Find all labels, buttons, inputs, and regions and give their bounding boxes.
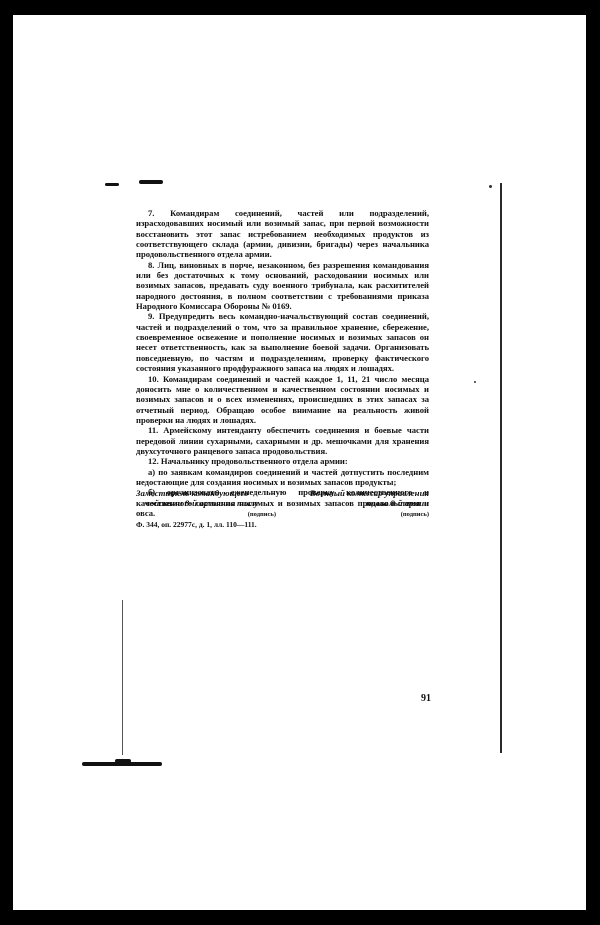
paragraph-9: 9. Предупредить весь командно-начальству… (136, 311, 429, 373)
scan-mark-bottom-left-bump (115, 759, 131, 763)
archive-reference: Ф. 344, оп. 22977с, д. 1, лл. 110—111. (136, 520, 257, 529)
scan-mark-top-left (139, 180, 163, 184)
signature-right-title-line1: Военный комиссар управления (310, 488, 429, 498)
scan-border-right (500, 183, 502, 753)
signature-left-note: (подпись) (136, 510, 276, 520)
paragraph-12a: а) по заявкам командиров соединений и ча… (136, 467, 429, 488)
signature-right-note: (подпись) (294, 510, 429, 520)
scan-border-left (122, 600, 123, 755)
signature-left-title-line1: Заместитель командующего (136, 488, 248, 498)
signature-left-title-line2: войсками 8-й армии по тылу (136, 498, 276, 508)
paragraph-11: 11. Армейскому интенданту обеспечить сое… (136, 425, 429, 456)
paragraph-8: 8. Лиц, виновных в порче, незаконном, бе… (136, 260, 429, 312)
signature-right-title-line2: тыла 8-й армии (294, 498, 429, 508)
signature-block: Заместитель командующего войсками 8-й ар… (136, 488, 429, 520)
document-body: 7. Командирам соединений, частей или под… (136, 208, 429, 518)
signature-right: Военный комиссар управления тыла 8-й арм… (294, 488, 429, 520)
paragraph-10: 10. Командирам соединений и частей каждо… (136, 374, 429, 426)
paragraph-7: 7. Командирам соединений, частей или под… (136, 208, 429, 260)
scan-mark-top-left-small (105, 183, 119, 186)
page-number: 91 (421, 693, 431, 704)
paragraph-12: 12. Начальнику продовольственного отдела… (136, 456, 429, 466)
scan-speck (489, 185, 492, 188)
signature-left: Заместитель командующего войсками 8-й ар… (136, 488, 276, 520)
scan-speck (474, 381, 476, 383)
